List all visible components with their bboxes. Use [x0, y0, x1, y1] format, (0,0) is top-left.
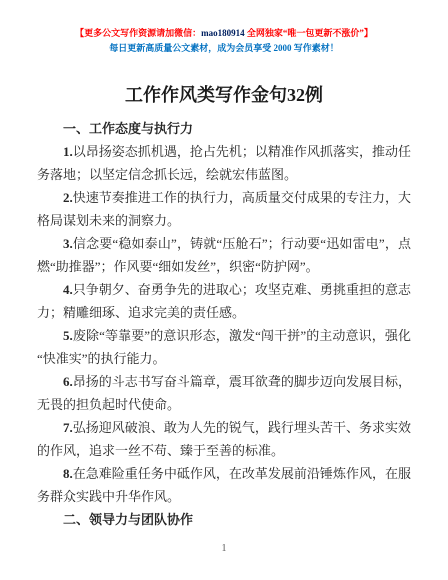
list-item-5: 5.废除“等靠要”的意识形态，激发“闯干拼”的主动意识，强化“快准实”的执行能力… — [37, 324, 411, 370]
list-item-6: 6.昂扬的斗志书写奋斗篇章，震耳欲聋的脚步迈向发展目标，无畏的担负起时代使命。 — [37, 370, 411, 416]
item-text: 昂扬的斗志书写奋斗篇章，震耳欲聋的脚步迈向发展目标，无畏的担负起时代使命。 — [37, 374, 411, 412]
item-text: 只争朝夕、奋勇争先的进取心；攻坚克难、勇挑重担的意志力；精雕细琢、追求完美的责任… — [37, 282, 411, 320]
item-number: 2. — [63, 190, 73, 205]
item-text: 信念要“稳如泰山”，铸就“压舱石”；行动要“迅如雷电”，点燃“助推器”；作风要“… — [37, 236, 411, 274]
item-text: 快速节奏推进工作的执行力，高质量交付成果的专注力，大格局谋划未来的洞察力。 — [37, 190, 411, 228]
list-item-8: 8.在急难险重任务中砥作风，在改革发展前沿锤炼作风，在服务群众实践中升华作风。 — [37, 462, 411, 508]
list-item-3: 3.信念要“稳如泰山”，铸就“压舱石”；行动要“迅如雷电”，点燃“助推器”；作风… — [37, 232, 411, 278]
item-number: 1. — [63, 144, 73, 159]
wechat-id-text: mao180914 — [201, 28, 245, 38]
ad-header-line1: 【更多公文写作资源请加微信：mao180914 全网独家“唯一包更新不涨价”】 — [0, 26, 448, 41]
page-number: 1 — [0, 543, 448, 554]
list-item-7: 7.弘扬迎风破浪、敢为人先的锐气，践行埋头苦干、务求实效的作风，追求一丝不苟、臻… — [37, 416, 411, 462]
item-text: 在急难险重任务中砥作风，在改革发展前沿锤炼作风，在服务群众实践中升华作风。 — [37, 466, 411, 504]
document-body: 一、工作态度与执行力 1.以昂扬姿态抓机遇，抢占先机；以精准作风抓落实，推动任务… — [37, 117, 411, 531]
document-page: 【更多公文写作资源请加微信：mao180914 全网独家“唯一包更新不涨价”】 … — [0, 0, 448, 580]
item-text: 废除“等靠要”的意识形态，激发“闯干拼”的主动意识，强化“快准实”的执行能力。 — [37, 328, 411, 366]
ad-line1-prefix: 【更多公文写作资源请加微信： — [75, 28, 201, 38]
item-text: 弘扬迎风破浪、敢为人先的锐气，践行埋头苦干、务求实效的作风，追求一丝不苟、臻于至… — [37, 420, 411, 458]
item-number: 4. — [63, 282, 73, 297]
ad-line1-suffix: 全网独家“唯一包更新不涨价”】 — [245, 28, 373, 38]
item-number: 8. — [63, 466, 73, 481]
ad-header-line2: 每日更新高质量公文素材，成为会员享受 2000 写作素材！ — [0, 41, 448, 56]
item-number: 7. — [63, 420, 73, 435]
item-number: 5. — [63, 328, 73, 343]
section-heading-1: 一、工作态度与执行力 — [37, 117, 411, 140]
item-number: 3. — [63, 236, 73, 251]
list-item-2: 2.快速节奏推进工作的执行力，高质量交付成果的专注力，大格局谋划未来的洞察力。 — [37, 186, 411, 232]
ad-header: 【更多公文写作资源请加微信：mao180914 全网独家“唯一包更新不涨价”】 … — [0, 0, 448, 56]
list-item-1: 1.以昂扬姿态抓机遇，抢占先机；以精准作风抓落实，推动任务落地；以坚定信念抓长远… — [37, 140, 411, 186]
item-text: 以昂扬姿态抓机遇，抢占先机；以精准作风抓落实，推动任务落地；以坚定信念抓长远，绘… — [37, 144, 411, 182]
page-title: 工作作风类写作金句32例 — [0, 83, 448, 107]
item-number: 6. — [63, 374, 73, 389]
list-item-4: 4.只争朝夕、奋勇争先的进取心；攻坚克难、勇挑重担的意志力；精雕细琢、追求完美的… — [37, 278, 411, 324]
section-heading-2: 二、领导力与团队协作 — [37, 508, 411, 531]
